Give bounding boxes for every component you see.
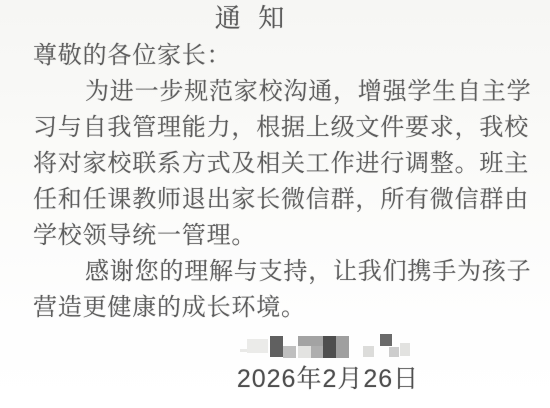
notice-title: 通 知	[0, 3, 500, 33]
notice-body: 尊敬的各位家长：为进一步规范家校沟通，增强学生自主学习与自我管理能力，根据上级文…	[33, 38, 533, 326]
notice-document: 通 知 尊敬的各位家长：为进一步规范家校沟通，增强学生自主学习与自我管理能力，根…	[0, 0, 550, 408]
notice-line: 感谢您的理解与支持，让我们携手为孩子	[33, 254, 533, 290]
mosaic-block	[270, 336, 283, 357]
notice-line: 为进一步规范家校沟通，增强学生自主学	[33, 74, 533, 110]
mosaic-block	[323, 336, 336, 358]
notice-date: 2026年2月26日	[233, 364, 423, 394]
notice-line: 习与自我管理能力，根据上级文件要求，我校	[33, 110, 533, 146]
notice-line: 学校领导统一管理。	[33, 218, 533, 254]
notice-line: 尊敬的各位家长：	[33, 38, 533, 74]
mosaic-block	[298, 336, 323, 346]
redacted-signature	[245, 334, 411, 360]
mosaic-block	[298, 346, 311, 358]
mosaic-block	[363, 346, 374, 357]
mosaic-block	[283, 346, 296, 358]
notice-line: 营造更健康的成长环境。	[33, 290, 533, 326]
mosaic-block	[311, 346, 323, 358]
notice-line: 将对家校联系方式及相关工作进行调整。班主	[33, 146, 533, 182]
mosaic-block	[400, 343, 410, 356]
notice-line: 任和任课教师退出家长微信群，所有微信群由	[33, 182, 533, 218]
mosaic-block	[380, 334, 392, 346]
mosaic-block	[389, 347, 399, 357]
mosaic-block	[336, 336, 349, 358]
mosaic-block	[240, 349, 247, 352]
mosaic-block	[247, 339, 268, 353]
